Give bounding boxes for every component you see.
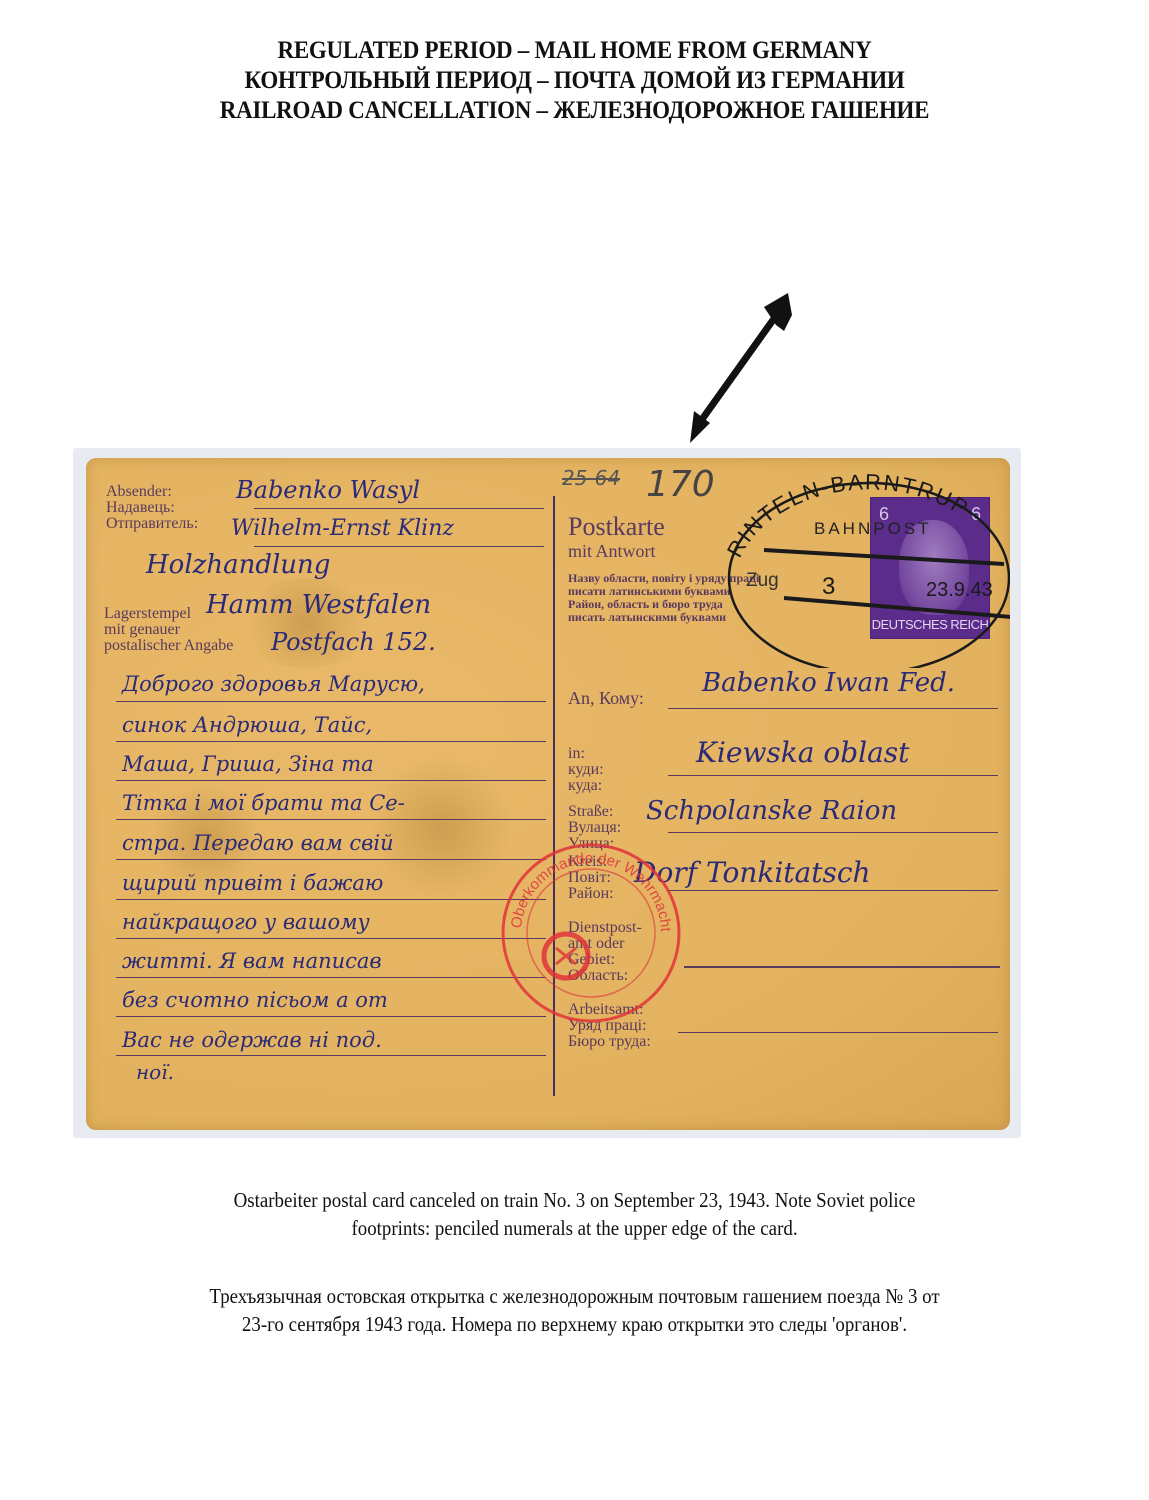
title-line-railroad: RAILROAD CANCELLATION – ЖЕЛЕЗНОДОРОЖНОЕ … — [46, 96, 1103, 126]
card-subheading: mit Antwort — [568, 542, 656, 560]
caption-english: Ostarbeiter postal card canceled on trai… — [0, 1186, 1149, 1242]
railroad-postmark: RINTELN-BARNTRUP BAHNPOST Zug 3 23.9.43 — [704, 468, 1010, 668]
recipient-name: Babenko Iwan Fed. — [702, 668, 955, 698]
sender-labels: Absender: Надавець: Отправитель: — [106, 484, 198, 532]
pointer-arrow-icon — [660, 285, 820, 455]
sender-business: Holzhandlung — [146, 550, 330, 580]
card-heading: Postkarte — [568, 514, 665, 540]
destination-oblast: Kiewska oblast — [696, 736, 909, 769]
page-title: REGULATED PERIOD – MAIL HOME FROM GERMAN… — [0, 36, 1149, 126]
title-line-russian: КОНТРОЛЬНЫЙ ПЕРИОД – ПОЧТА ДОМОЙ ИЗ ГЕРМ… — [46, 66, 1103, 96]
sender-employer: Wilhelm-Ernst Klinz — [231, 516, 454, 541]
recipient-label: An, Кому: — [568, 690, 644, 706]
destination-labels: in: куди: куда: — [568, 746, 604, 794]
caption-russian: Трехъязычная остовская открытка с железн… — [0, 1282, 1149, 1338]
svg-text:23.9.43: 23.9.43 — [926, 579, 993, 601]
censor-stamp: Oberkommando der Wehrmacht — [496, 838, 686, 1028]
svg-text:Oberkommando der Wehrmacht: Oberkommando der Wehrmacht — [508, 850, 674, 933]
sender-postbox: Postfach 152. — [271, 628, 436, 656]
title-line-english: REGULATED PERIOD – MAIL HOME FROM GERMAN… — [46, 36, 1103, 66]
svg-text:BAHNPOST: BAHNPOST — [814, 519, 932, 538]
postal-card: Absender: Надавець: Отправитель: Lagerst… — [86, 458, 1010, 1130]
svg-text:Zug: Zug — [746, 570, 779, 591]
svg-text:3: 3 — [822, 573, 835, 600]
pencil-note-crossed: 25-64 — [562, 466, 620, 490]
sender-name: Babenko Wasyl — [236, 476, 420, 504]
sender-city: Hamm Westfalen — [206, 590, 431, 620]
destination-raion: Schpolanske Raion — [646, 796, 897, 826]
